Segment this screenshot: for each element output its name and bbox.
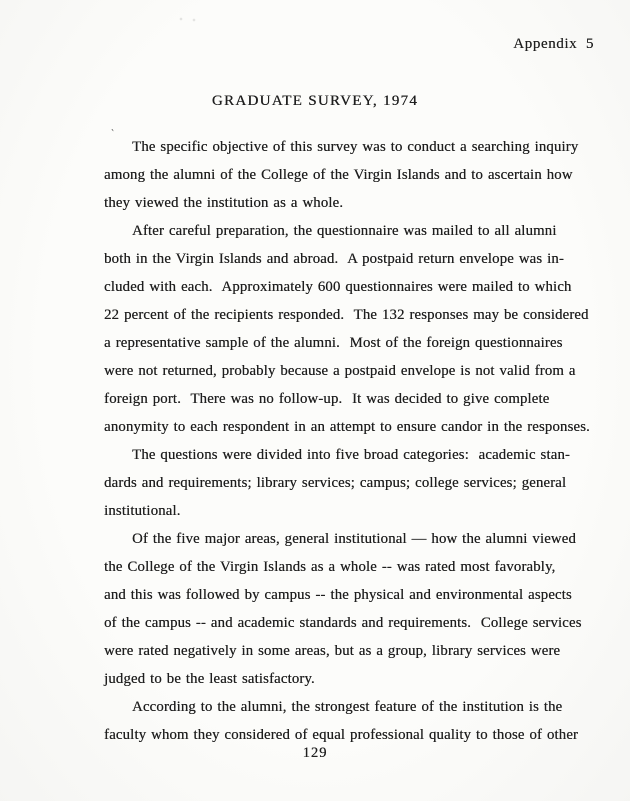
text-line: 22 percent of the recipients responded. … <box>104 301 596 329</box>
text-line: The questions were divided into five bro… <box>104 441 596 469</box>
paragraph-3: The questions were divided into five bro… <box>104 441 596 525</box>
text-line: Of the five major areas, general institu… <box>104 525 596 553</box>
text-line: After careful preparation, the questionn… <box>104 217 596 245</box>
text-line: a representative sample of the alumni. M… <box>104 329 596 357</box>
paragraph-1: The specific objective of this survey wa… <box>104 133 596 217</box>
scan-speck <box>178 16 200 22</box>
text-line: dards and requirements; library services… <box>104 469 596 497</box>
page-number: 129 <box>0 745 630 762</box>
text-line: were rated negatively in some areas, but… <box>104 637 596 665</box>
text-line: According to the alumni, the strongest f… <box>104 693 596 721</box>
text-line: The specific objective of this survey wa… <box>104 133 596 161</box>
text-line: anonymity to each respondent in an attem… <box>104 413 596 441</box>
document-body: The specific objective of this survey wa… <box>104 133 596 749</box>
appendix-label: Appendix 5 <box>513 36 594 53</box>
document-page: Appendix 5 GRADUATE SURVEY, 1974 ` The s… <box>0 0 630 801</box>
text-line: judged to be the least satisfactory. <box>104 665 596 693</box>
paragraph-5: According to the alumni, the strongest f… <box>104 693 596 749</box>
text-line: institutional. <box>104 497 596 525</box>
paragraph-4: Of the five major areas, general institu… <box>104 525 596 693</box>
text-line: both in the Virgin Islands and abroad. A… <box>104 245 596 273</box>
text-line: they viewed the institution as a whole. <box>104 189 596 217</box>
text-line: cluded with each. Approximately 600 ques… <box>104 273 596 301</box>
text-line: and this was followed by campus -- the p… <box>104 581 596 609</box>
text-line: were not returned, probably because a po… <box>104 357 596 385</box>
page-title: GRADUATE SURVEY, 1974 <box>0 93 630 110</box>
text-line: foreign port. There was no follow-up. It… <box>104 385 596 413</box>
text-line: of the campus -- and academic standards … <box>104 609 596 637</box>
text-line: the College of the Virgin Islands as a w… <box>104 553 596 581</box>
paragraph-2: After careful preparation, the questionn… <box>104 217 596 441</box>
text-line: among the alumni of the College of the V… <box>104 161 596 189</box>
